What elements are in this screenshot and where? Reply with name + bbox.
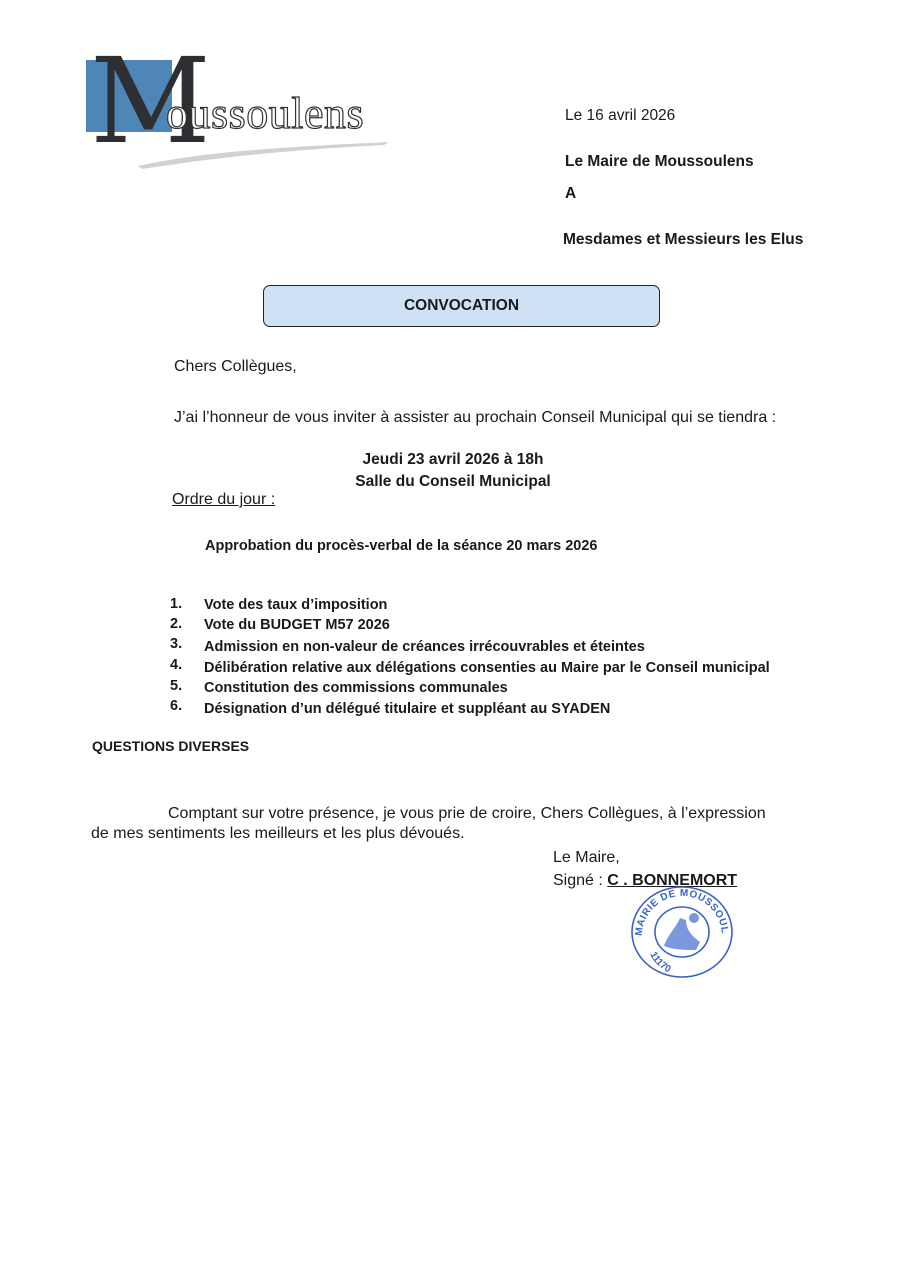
signature-title: Le Maire,: [553, 849, 620, 867]
agenda-item-text: Vote des taux d’imposition: [204, 597, 387, 613]
questions-diverses: QUESTIONS DIVERSES: [92, 738, 249, 754]
salutation: Chers Collègues,: [174, 358, 297, 376]
agenda-item-text: Désignation d’un délégué titulaire et su…: [204, 701, 610, 717]
agenda-item-number: 3.: [170, 636, 182, 652]
mairie-stamp-icon: MAIRIE DE MOUSSOULENS 11170: [628, 884, 736, 980]
letter-date: Le 16 avril 2026: [565, 107, 675, 125]
agenda-item-text: Constitution des commissions communales: [204, 680, 508, 696]
addressee-prefix: A: [565, 185, 576, 203]
recipients: Mesdames et Messieurs les Elus: [563, 231, 803, 249]
logo-wordmark: oussoulens: [166, 92, 364, 136]
agenda-item-number: 2.: [170, 616, 182, 632]
agenda-item-number: 5.: [170, 678, 182, 694]
closing-line-1: Comptant sur votre présence, je vous pri…: [168, 805, 766, 823]
convocation-banner: CONVOCATION: [263, 285, 660, 327]
agenda-item-text: Délibération relative aux délégations co…: [204, 660, 770, 676]
signed-label: Signé :: [553, 872, 607, 889]
agenda-heading: Ordre du jour :: [172, 491, 275, 509]
meeting-place: Salle du Conseil Municipal: [3, 473, 900, 491]
agenda-item-text: Vote du BUDGET M57 2026: [204, 617, 390, 633]
invitation-text: J’ai l’honneur de vous inviter à assiste…: [174, 409, 776, 427]
agenda-preamble: Approbation du procès-verbal de la séanc…: [205, 538, 597, 554]
closing-line-2: de mes sentiments les meilleurs et les p…: [91, 825, 465, 843]
agenda-item-text: Admission en non-valeur de créances irré…: [204, 639, 645, 655]
meeting-date: Jeudi 23 avril 2026 à 18h: [3, 451, 900, 469]
agenda-item-number: 4.: [170, 657, 182, 673]
logo-swoosh-icon: [134, 140, 394, 170]
sender: Le Maire de Moussoulens: [565, 153, 754, 171]
convocation-title: CONVOCATION: [404, 297, 519, 315]
agenda-item-number: 6.: [170, 698, 182, 714]
agenda-item-number: 1.: [170, 596, 182, 612]
moussoulens-logo: M oussoulens: [84, 48, 394, 173]
